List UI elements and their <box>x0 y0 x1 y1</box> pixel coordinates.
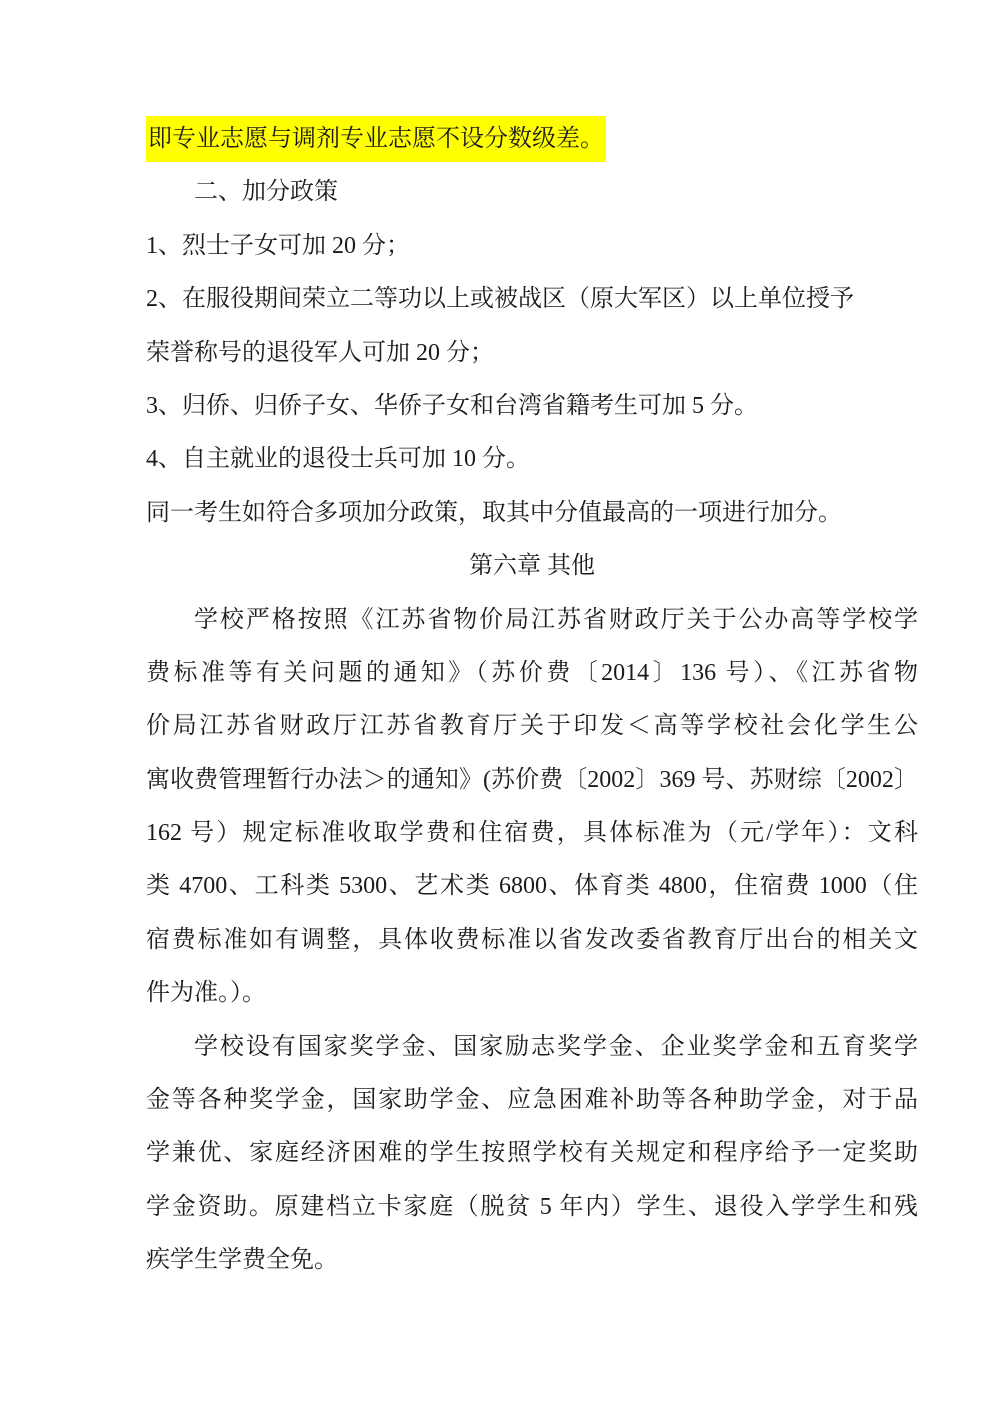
document-page: 即专业志愿与调剂专业志愿不设分数级差。二、加分政策1、烈士子女可加 20 分；2… <box>0 0 1006 1419</box>
text-line: 学金资助。原建档立卡家庭（脱贫 5 年内）学生、退役入学学生和残 <box>146 1181 918 1234</box>
text-line: 类 4700、工科类 5300、艺术类 6800、体育类 4800，住宿费 10… <box>146 860 918 913</box>
text-line: 162 号）规定标准收取学费和住宿费，具体标准为（元/学年）：文科 <box>146 807 918 860</box>
text-line: 3、归侨、归侨子女、华侨子女和台湾省籍考生可加 5 分。 <box>146 380 918 433</box>
text-line: 即专业志愿与调剂专业志愿不设分数级差。 <box>146 113 918 166</box>
text-line: 4、自主就业的退役士兵可加 10 分。 <box>146 433 918 486</box>
text-line: 荣誉称号的退役军人可加 20 分； <box>146 327 918 380</box>
text-line: 学兼优、家庭经济困难的学生按照学校有关规定和程序给予一定奖助 <box>146 1127 918 1180</box>
highlighted-text: 即专业志愿与调剂专业志愿不设分数级差。 <box>146 116 606 162</box>
text-line: 寓收费管理暂行办法＞的通知》(苏价费〔2002〕369 号、苏财综〔2002〕 <box>146 754 918 807</box>
text-line: 件为准。）。 <box>146 967 918 1020</box>
text-line: 宿费标准如有调整，具体收费标准以省发改委省教育厅出台的相关文 <box>146 914 918 967</box>
text-line: 2、在服役期间荣立二等功以上或被战区（原大军区）以上单位授予 <box>146 273 918 326</box>
section-heading: 第六章 其他 <box>146 540 918 593</box>
text-line: 费标准等有关问题的通知》（苏价费〔2014〕136 号）、《江苏省物 <box>146 647 918 700</box>
text-line: 学校设有国家奖学金、国家励志奖学金、企业奖学金和五育奖学 <box>146 1021 918 1074</box>
text-line: 同一考生如符合多项加分政策，取其中分值最高的一项进行加分。 <box>146 487 918 540</box>
text-line: 金等各种奖学金，国家助学金、应急困难补助等各种助学金，对于品 <box>146 1074 918 1127</box>
document-content: 即专业志愿与调剂专业志愿不设分数级差。二、加分政策1、烈士子女可加 20 分；2… <box>146 113 918 1288</box>
text-line: 价局江苏省财政厅江苏省教育厅关于印发＜高等学校社会化学生公 <box>146 700 918 753</box>
text-line: 学校严格按照《江苏省物价局江苏省财政厅关于公办高等学校学 <box>146 594 918 647</box>
text-line: 1、烈士子女可加 20 分； <box>146 220 918 273</box>
text-line: 疾学生学费全免。 <box>146 1234 918 1287</box>
section-heading: 二、加分政策 <box>146 166 918 219</box>
